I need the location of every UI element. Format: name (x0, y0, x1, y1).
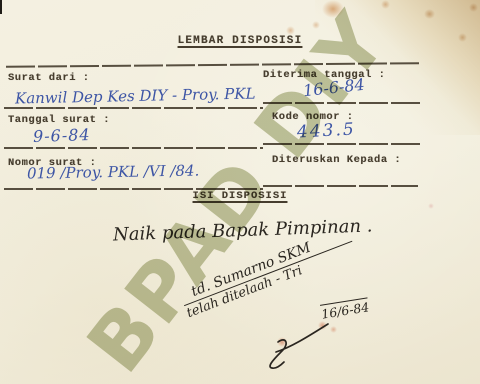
form-title: LEMBAR DISPOSISI (0, 35, 480, 48)
handwritten-nomor-surat: 019 /Proy. PKL /VI /84. (27, 161, 200, 182)
handwritten-surat-dari: Kanwil Dep Kes DIY - Proy. PKL (15, 84, 256, 107)
signature-date: 16/6-84 (320, 297, 370, 321)
handwritten-tanggal-surat: 9-6-84 (33, 125, 91, 146)
section-title: ISI DISPOSISI (0, 190, 480, 203)
stain (322, 0, 344, 18)
stain (469, 3, 478, 12)
stain (381, 0, 390, 9)
divider-line (263, 185, 418, 187)
divider-line (4, 107, 263, 109)
field-label-surat-dari: Surat dari : (8, 72, 90, 85)
handwritten-kode-nomor: 443.5 (297, 119, 357, 142)
scan-edge (0, 0, 2, 14)
stain (286, 26, 295, 35)
field-label-diteruskan-kepada: Diteruskan Kepada : (272, 154, 401, 167)
scanned-document: LEMBAR DISPOSISI Surat dari : Diterima t… (0, 0, 480, 384)
signature-paraph-icon (238, 322, 333, 372)
stain (424, 9, 435, 19)
divider-line (263, 102, 420, 104)
stain (428, 203, 434, 209)
divider-line (4, 147, 263, 149)
field-label-tanggal-surat: Tanggal surat : (8, 114, 110, 127)
divider-line (263, 143, 420, 145)
stain (312, 21, 320, 29)
